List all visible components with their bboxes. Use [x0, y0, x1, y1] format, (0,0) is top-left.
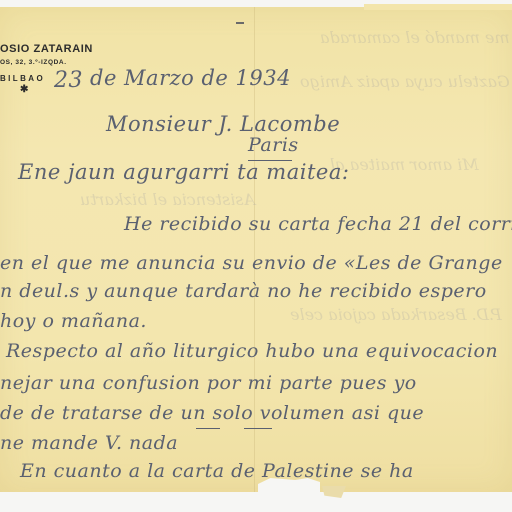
- greeting: Ene jaun agurgarri ta maitea:: [18, 160, 349, 184]
- body-line: He recibido su carta fecha 21 del corrie…: [124, 213, 512, 235]
- date-day: 23: [54, 68, 83, 93]
- letterhead-address: OS, 32, 3.º-IZQDA.: [0, 59, 67, 66]
- torn-flap: [322, 486, 346, 498]
- bleed-through-text: Asistencia el bizkartu: [80, 190, 255, 209]
- recipient-name: Monsieur J. Lacombe: [106, 112, 340, 136]
- body-line: n deul.s y aunque tardarà no he recibido…: [0, 280, 487, 302]
- body-line: en el que me anuncia su envio de «Les de…: [0, 252, 503, 274]
- paper-edge: [364, 4, 512, 10]
- recipient-city: Paris: [248, 134, 299, 156]
- letterhead-name: OSIO ZATARAIN: [0, 43, 93, 55]
- asterisk-icon: ✱: [20, 84, 28, 95]
- word-underline: [196, 428, 220, 429]
- torn-edge: [258, 478, 320, 498]
- body-line: nejar una confusion por mi parte pues yo: [0, 372, 417, 394]
- bleed-through-text: P.D. Besarkada cajoia cele: [290, 305, 502, 324]
- bleed-through-text: Gaztelu cuya apaiz Amigo: [300, 72, 510, 91]
- bleed-through-text: Mi amor maitea al: [330, 155, 479, 174]
- body-line: de de tratarse de un solo volumen asi qu…: [0, 402, 424, 424]
- bleed-through-text: me mandó el camarada: [320, 28, 510, 47]
- letterhead-city: BILBAO: [0, 74, 45, 83]
- stray-mark: [236, 22, 244, 24]
- scanned-letter: me mandó el camarada Gaztelu cuya apaiz …: [0, 0, 512, 512]
- body-line: ne mande V. nada: [0, 432, 178, 454]
- word-underline: [244, 428, 272, 429]
- body-line: Respecto al año liturgico hubo una equiv…: [6, 340, 498, 362]
- body-line: hoy o mañana.: [0, 310, 147, 332]
- body-line: En cuanto a la carta de Palestine se ha: [20, 460, 414, 482]
- date-text: de Marzo de 1934: [90, 66, 291, 90]
